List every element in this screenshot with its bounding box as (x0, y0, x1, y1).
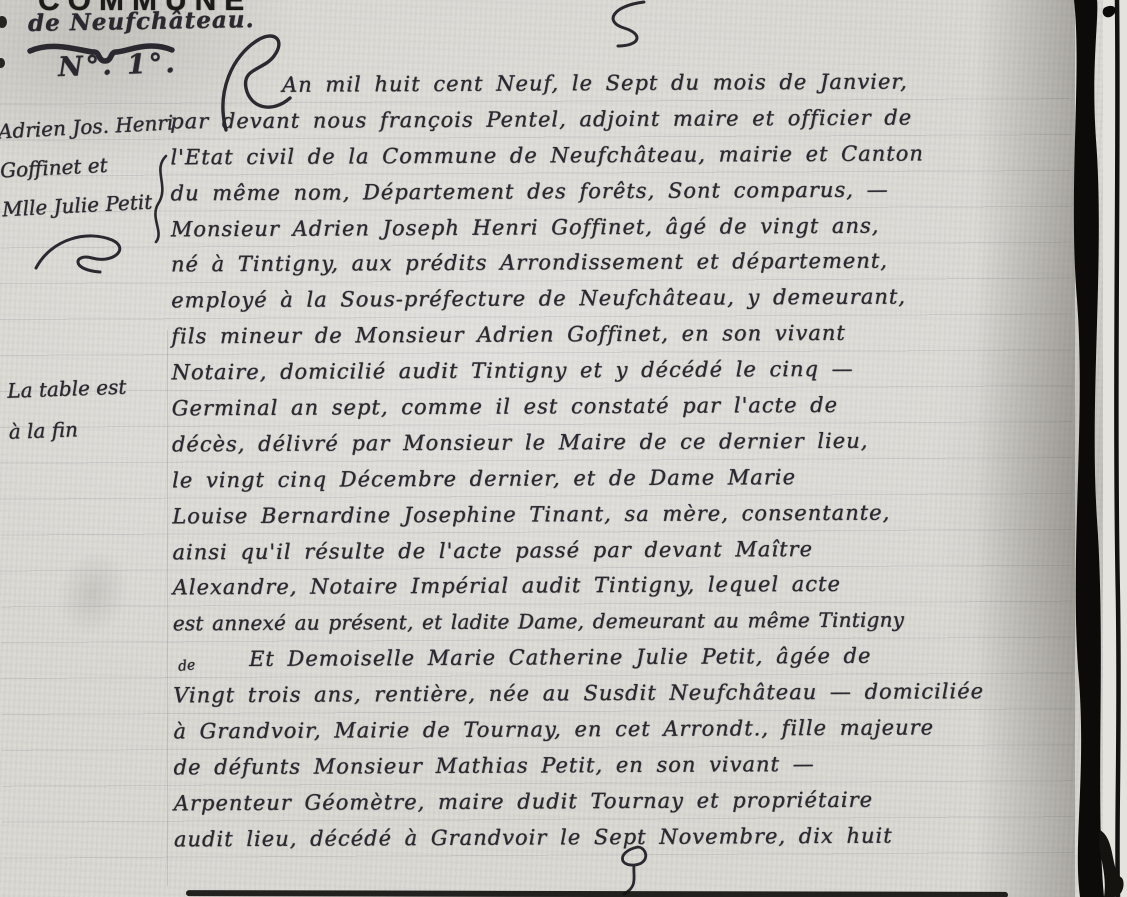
act-text-line: Notaire, domicilié audit Tintigny et y d… (171, 351, 1076, 392)
act-text-line: Germinal an sept, comme il est constaté … (172, 387, 1077, 428)
top-center-flourish (592, 0, 654, 50)
act-text-line: Monsieur Adrien Joseph Henri Goffinet, â… (171, 207, 1076, 248)
act-text-line: l'Etat civil de la Commune de Neufchâtea… (170, 135, 1075, 176)
act-body: An mil huit cent Neuf, le Sept du mois d… (170, 64, 1079, 858)
act-text-line: par devant nous françois Pentel, adjoint… (170, 100, 1075, 141)
page-bottom-edge-shadow (186, 890, 1008, 897)
act-text-line: Louise Bernardine Josephine Tinant, sa m… (172, 494, 1077, 535)
table-note-line: à la fin (8, 406, 169, 453)
margin-name-flourish (30, 226, 148, 276)
act-text-line: décès, délivré par Monsieur le Maire de … (172, 423, 1077, 464)
act-text-line: à Grandvoir, Mairie de Tournay, en cet A… (173, 710, 1078, 751)
act-text-line: Arpenteur Géomètre, maire dudit Tournay … (174, 781, 1079, 822)
table-note-line: La table est (7, 365, 168, 412)
margin-table-note: La table est à la fin (7, 365, 170, 453)
act-text-line: est annexé au présent, et ladite Dame, d… (173, 602, 1078, 643)
act-number: N°. 1°. (57, 48, 178, 83)
edge-ink-mark (0, 58, 5, 68)
act-text-line: du même nom, Département des forêts, Son… (171, 171, 1076, 212)
act-text-line: An mil huit cent Neuf, le Sept du mois d… (170, 64, 1075, 105)
act-text-line: de défunts Monsieur Mathias Petit, en so… (174, 746, 1079, 787)
act-text-line: Vingt trois ans, rentière, née au Susdit… (173, 674, 1078, 715)
act-text-line: fils mineur de Monsieur Adrien Goffinet,… (171, 315, 1076, 356)
act-text-line: audit lieu, décédé à Grandvoir le Sept N… (174, 817, 1079, 858)
register-page-scan: COMMUNE de Neufchâteau. N°. 1°. Adrien J… (0, 0, 1127, 897)
act-text-line: le vingt cinq Décembre dernier, et de Da… (172, 458, 1077, 499)
act-text-line: né à Tintigny, aux prédits Arrondissemen… (171, 243, 1076, 284)
edge-ink-mark (0, 16, 7, 28)
act-text-line: Alexandre, Notaire Impérial audit Tintig… (173, 566, 1078, 607)
pencil-smudge (45, 539, 142, 648)
act-text-line: ainsi qu'il résulte de l'acte passé par … (172, 530, 1077, 571)
act-text-line: Et Demoiselle Marie Catherine Julie Peti… (173, 638, 1078, 679)
interline-insertion: de (177, 657, 196, 675)
book-binding-edge (1060, 0, 1127, 897)
act-text-line: employé à la Sous-préfecture de Neufchât… (171, 279, 1076, 320)
